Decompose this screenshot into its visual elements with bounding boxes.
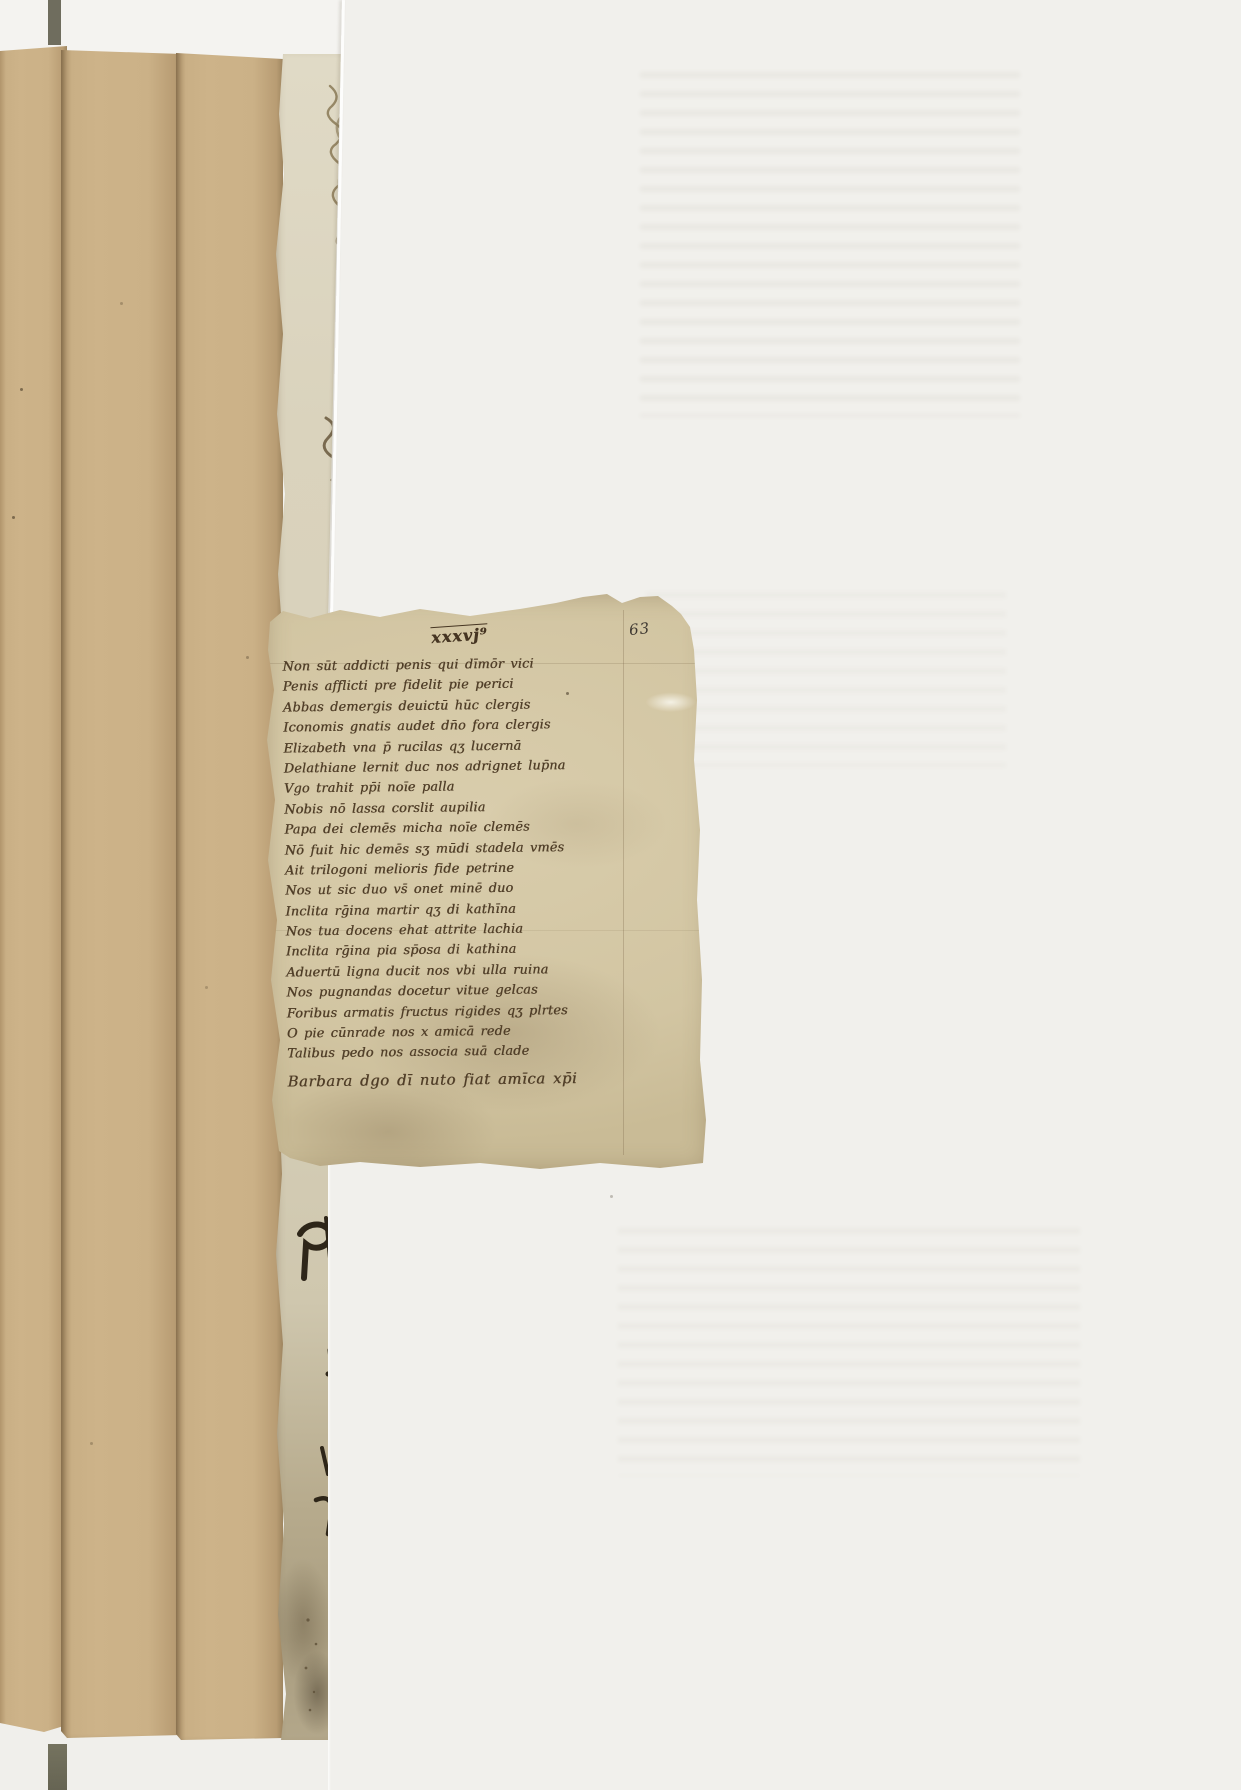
binding-strip-bottom xyxy=(48,1744,67,1790)
verse-line: Talibus pedo nos associa suā clade xyxy=(287,1040,707,1066)
album-guard-stub-2 xyxy=(61,47,182,1738)
foxing-speck xyxy=(90,1442,93,1445)
foxing-speck xyxy=(205,986,208,989)
ghost-showthrough-middle xyxy=(646,592,1006,767)
foxing-speck xyxy=(610,1195,613,1198)
foxing-speck xyxy=(12,516,15,519)
verse-line-colophon: Barbara dgo dī nuto fiat amīca xp̄i xyxy=(287,1065,707,1094)
folio-number: 63 xyxy=(628,619,651,639)
manuscript-leaf: xxxvj⁹ 63 Non sūt addicti penis qui dīmō… xyxy=(263,592,711,1172)
foxing-speck xyxy=(566,692,569,695)
foxing-speck xyxy=(120,302,123,305)
verse-text-block: Non sūt addicti penis qui dīmōr vici Pen… xyxy=(282,652,707,1094)
ghost-showthrough-lower xyxy=(618,1228,1080,1476)
foxing-speck xyxy=(246,656,249,659)
album-guard-stub-3 xyxy=(176,52,283,1740)
foxing-speck xyxy=(20,388,23,391)
ghost-showthrough-upper xyxy=(640,72,1020,417)
binding-strip-top xyxy=(48,0,61,45)
album-guard-stub-1 xyxy=(0,46,67,1732)
